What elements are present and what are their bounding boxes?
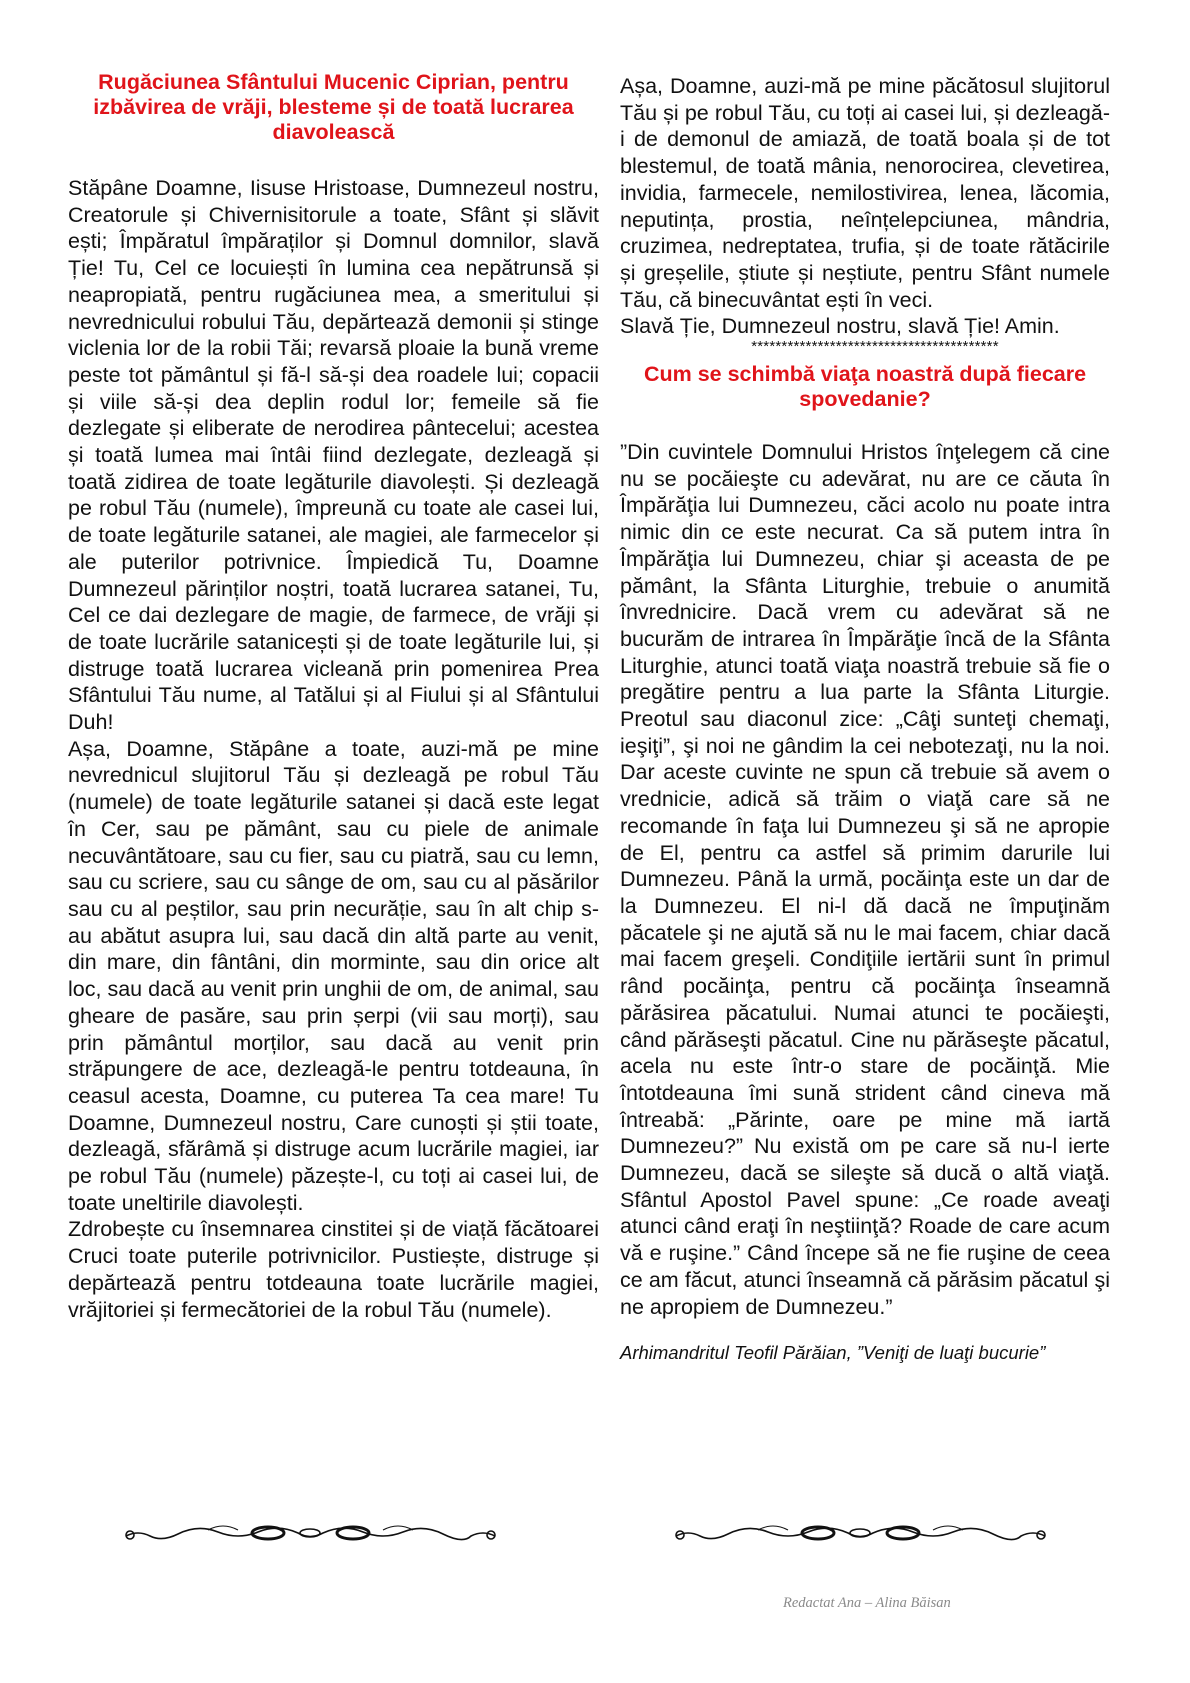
article-body: ”Din cuvintele Domnului Hristos înţelege… (620, 439, 1110, 1320)
right-column: Așa, Doamne, auzi-mă pe mine păcătosul s… (620, 73, 1110, 1383)
article-title: Cum se schimbă viaţa noastră după fiecar… (620, 362, 1110, 412)
article-attribution: Arhimandritul Teofil Părăian, ”Veniţi de… (620, 1342, 1110, 1364)
footer-credit: Redactat Ana – Alina Băisan (783, 1595, 951, 1612)
prayer-title: Rugăciunea Sfântului Mucenic Ciprian, pe… (68, 70, 599, 145)
prayer-paragraph: Stăpâne Doamne, Iisuse Hristoase, Dumnez… (68, 175, 599, 736)
prayer-paragraph: Zdrobește cu însemnarea cinstitei și de … (68, 1216, 599, 1323)
spacer (68, 145, 599, 175)
prayer-paragraph: Așa, Doamne, Stăpâne a toate, auzi-mă pe… (68, 736, 599, 1217)
star-separator: ****************************************… (620, 340, 1110, 354)
flourish-divider-icon (118, 1518, 503, 1548)
prayer-continuation: Așa, Doamne, auzi-mă pe mine păcătosul s… (620, 73, 1110, 313)
flourish-divider-icon (668, 1518, 1053, 1548)
doxology: Slavă Ție, Dumnezeul nostru, slavă Ție! … (620, 313, 1110, 340)
left-column: Rugăciunea Sfântului Mucenic Ciprian, pe… (68, 70, 599, 1323)
